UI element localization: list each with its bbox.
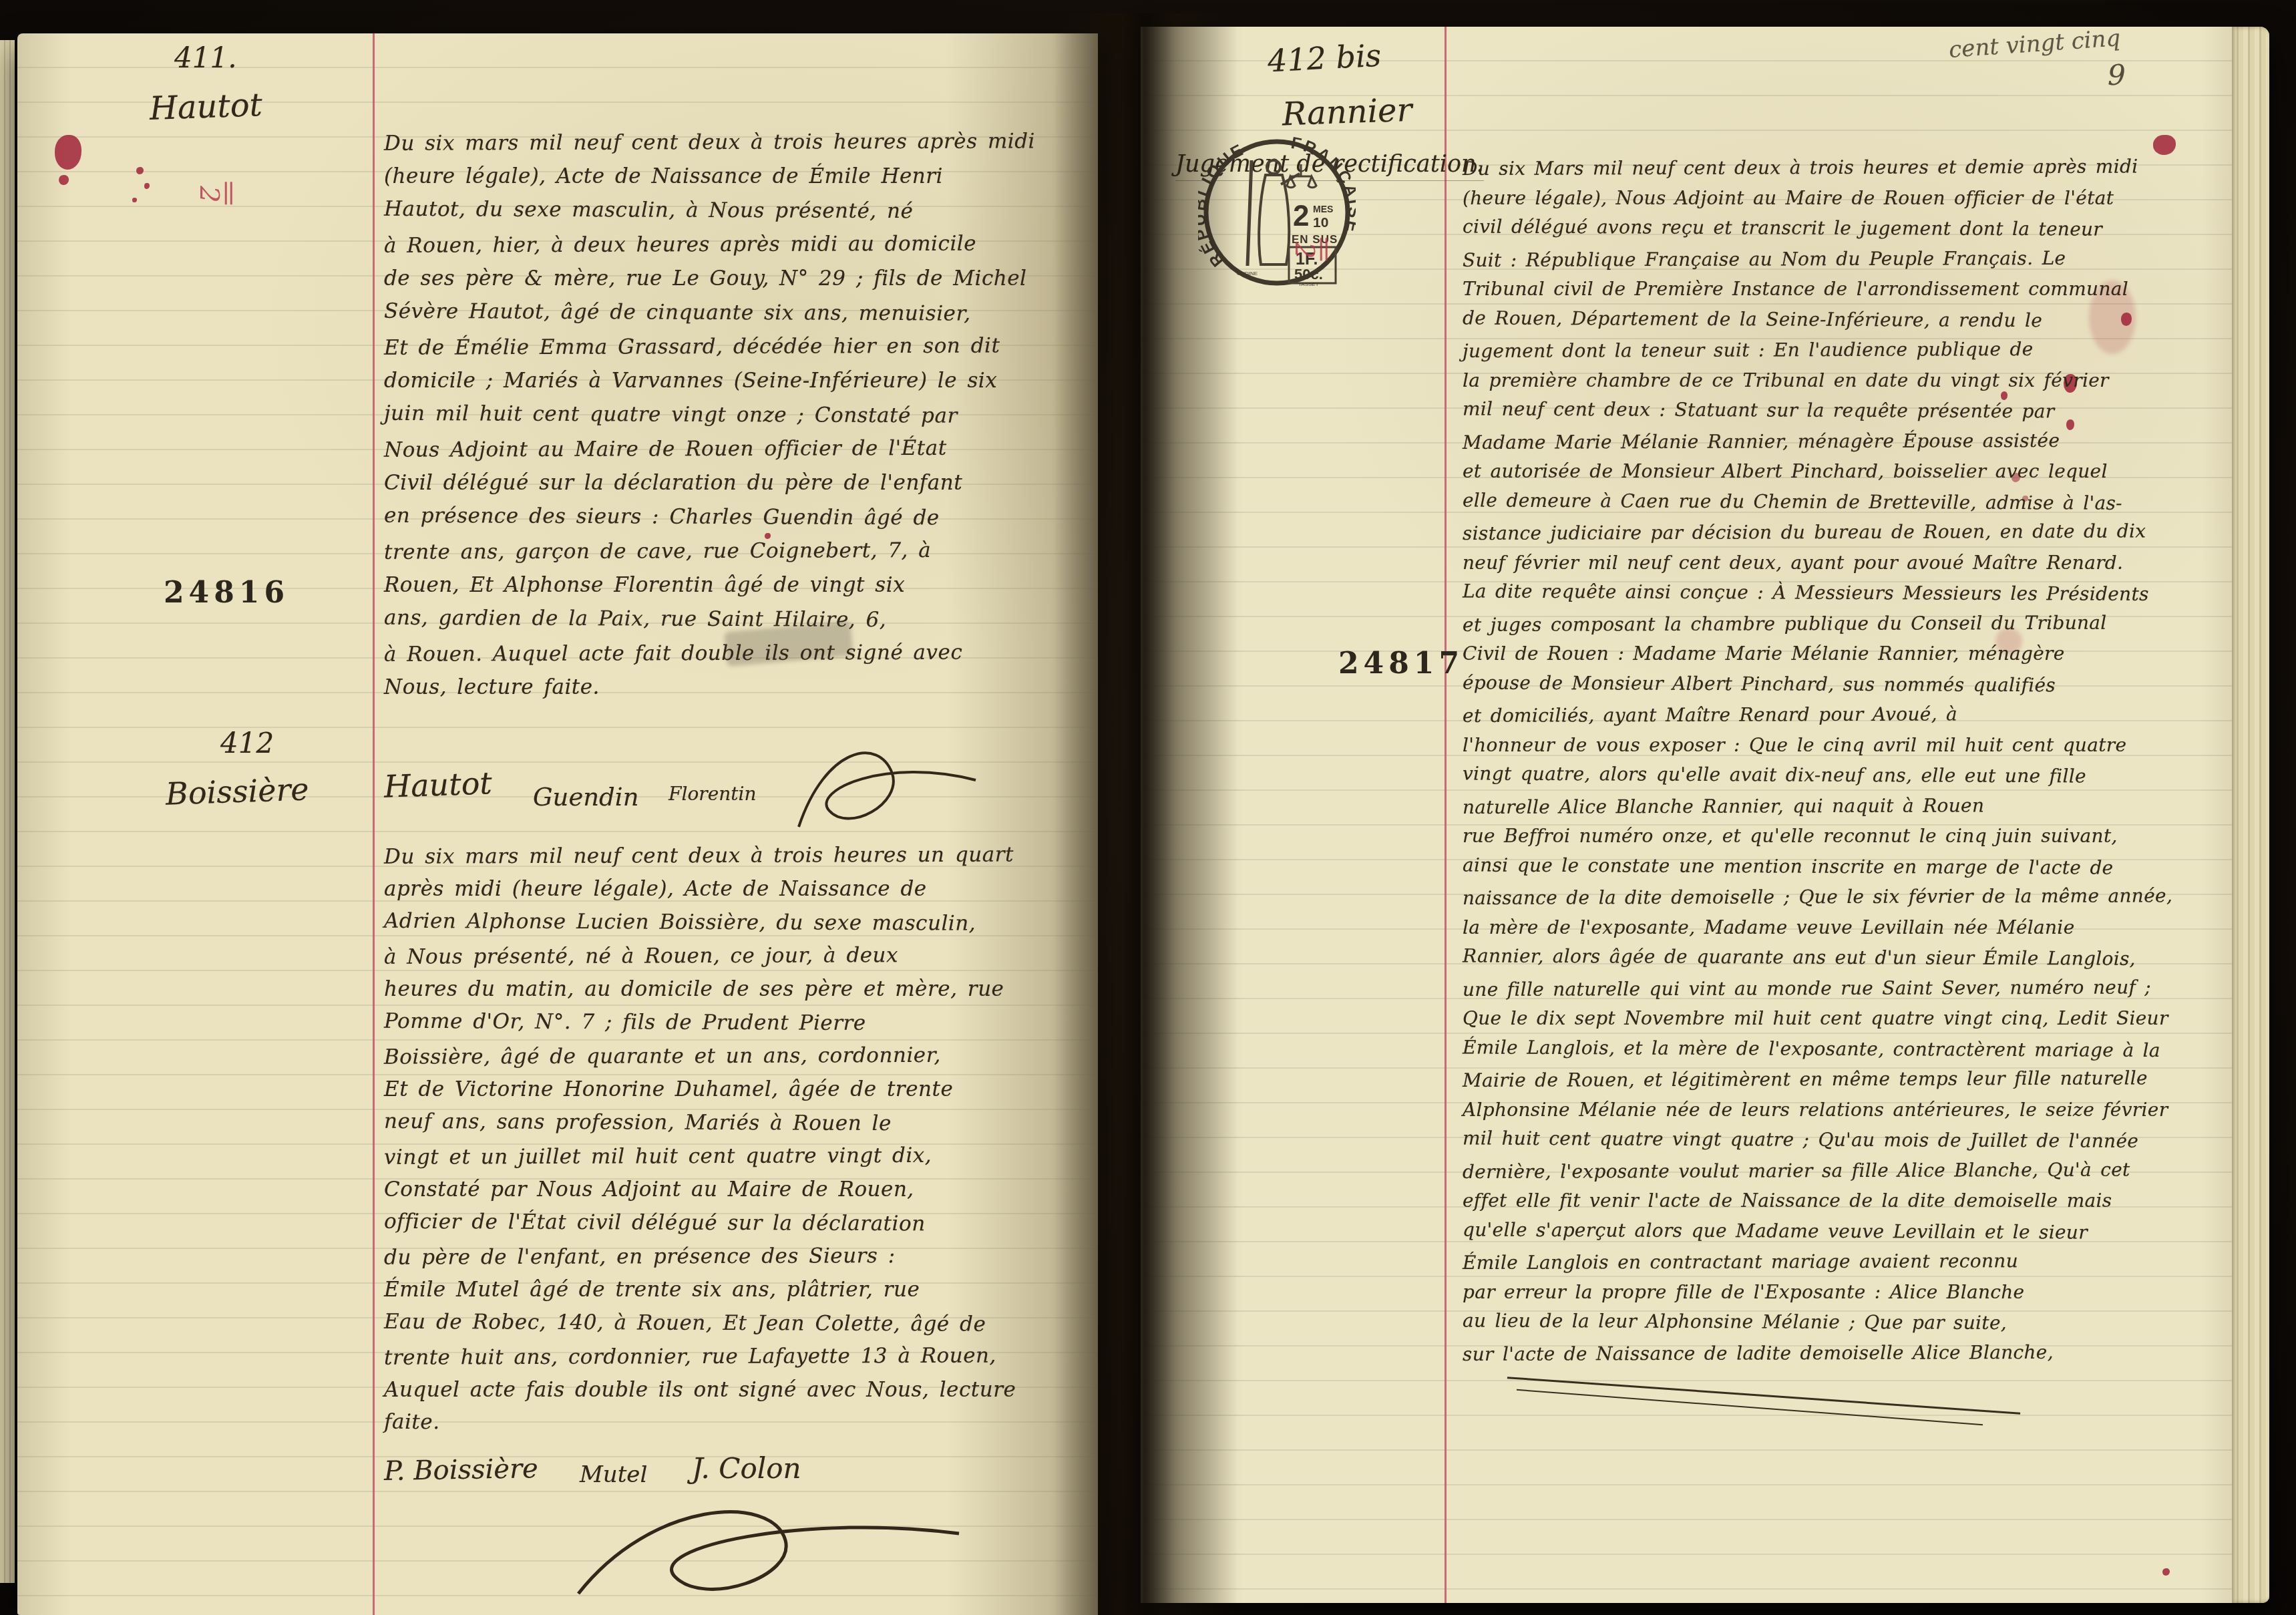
act-412-body: Du six mars mil neuf cent deux à trois h… — [384, 839, 1059, 1440]
manuscript-line: en présence des sieurs : Charles Guendin… — [384, 499, 1059, 536]
right-page: 412 bis Rannier Jugement de rectificatio… — [1141, 27, 2269, 1603]
left-page: 411. Hautot 2 24816 Du six mars mil neuf… — [17, 33, 1098, 1615]
red-verification-mark: 2 — [194, 186, 224, 202]
svg-text:RÉPUBLIQUE: RÉPUBLIQUE — [1198, 140, 1248, 271]
manuscript-line: sur l'acte de Naissance de ladite demois… — [1463, 1336, 2244, 1369]
act-margin-name: Hautot — [149, 86, 263, 128]
manuscript-line: de ses père & mère, rue Le Gouy, N° 29 ;… — [384, 262, 1059, 296]
manuscript-line: Eau de Robec, 140, à Rouen, Et Jean Cole… — [384, 1305, 1059, 1341]
manuscript-line: après midi (heure légale), Acte de Naiss… — [384, 872, 1059, 906]
manuscript-line: neuf février mil neuf cent deux, ayant p… — [1463, 548, 2244, 578]
manuscript-line: vingt quatre, alors qu'elle avait dix-ne… — [1463, 758, 2244, 792]
ink-blot — [136, 167, 144, 174]
act-411-body: Du six mars mil neuf cent deux à trois h… — [384, 126, 1059, 705]
manuscript-line: Constaté par Nous Adjoint au Maire de Ro… — [384, 1173, 1059, 1206]
manuscript-line: Émile Langlois en contractant mariage av… — [1463, 1245, 2244, 1278]
manuscript-line: Du six mars mil neuf cent deux à trois h… — [384, 838, 1059, 874]
manuscript-line: à Rouen, hier, à deux heures après midi … — [384, 226, 1059, 263]
manuscript-line: heures du matin, au domicile de ses père… — [384, 972, 1059, 1006]
manuscript-line: Tribunal civil de Première Instance de l… — [1463, 274, 2244, 305]
signature-colon: J. Colon — [692, 1452, 801, 1485]
act-header-name: Rannier — [1282, 92, 1412, 134]
signature-hautot: Hautot — [383, 765, 493, 805]
manuscript-line: mil huit cent quatre vingt quatre ; Qu'a… — [1463, 1123, 2244, 1157]
manuscript-line: Du six Mars mil neuf cent deux à trois h… — [1463, 151, 2244, 184]
red-verification-mark: 2 — [1289, 242, 1320, 258]
manuscript-line: Sévère Hautot, âgé de cinquante six ans,… — [384, 295, 1059, 331]
manuscript-line: Du six mars mil neuf cent deux à trois h… — [384, 124, 1059, 161]
manuscript-line: juin mil huit cent quatre vingt onze ; C… — [384, 397, 1059, 433]
manuscript-line: domicile ; Mariés à Varvannes (Seine-Inf… — [384, 364, 1059, 398]
act-header-number: 412 bis — [1267, 37, 1382, 79]
signature-paraph — [785, 733, 986, 847]
manuscript-line: ainsi que le constate une mention inscri… — [1463, 850, 2244, 884]
manuscript-line: Civil de Rouen : Madame Marie Mélanie Ra… — [1463, 639, 2244, 669]
manuscript-line: Mairie de Rouen, et légitimèrent en même… — [1463, 1063, 2244, 1096]
margin-rule-line — [1445, 27, 1447, 1603]
manuscript-line: du père de l'enfant, en présence des Sie… — [384, 1238, 1059, 1274]
justice-staff-icon — [1248, 160, 1252, 266]
svg-text:50c.: 50c. — [1294, 266, 1323, 283]
justice-head-icon — [1267, 160, 1280, 174]
margin-rule-line — [373, 33, 375, 1615]
civil-register-spread: 411. Hautot 2 24816 Du six mars mil neuf… — [0, 0, 2296, 1615]
justice-robe-icon — [1259, 175, 1289, 264]
manuscript-line: trente ans, garçon de cave, rue Coignebe… — [384, 533, 1059, 570]
revenue-stamp-icon: RÉPUBLIQUE FRANÇAISE 2 MES 10 EN SUS 1F.… — [1198, 132, 1356, 293]
manuscript-line: Auquel acte fais double ils ont signé av… — [384, 1373, 1059, 1407]
manuscript-line: Que le dix sept Novembre mil huit cent q… — [1463, 1003, 2244, 1034]
manuscript-line: neuf ans, sans profession, Mariés à Roue… — [384, 1105, 1059, 1141]
manuscript-line: ans, gardien de la Paix, rue Saint Hilai… — [384, 601, 1059, 638]
manuscript-line: Émile Mutel âgé de trente six ans, plâtr… — [384, 1273, 1059, 1306]
ink-blot — [144, 183, 150, 189]
svg-text:10: 10 — [1313, 215, 1328, 230]
ink-blot — [55, 135, 81, 170]
manuscript-line: qu'elle s'aperçut alors que Madame veuve… — [1463, 1214, 2244, 1248]
signature-florentin: Florentin — [668, 783, 756, 805]
page-number: 9 — [2108, 59, 2126, 92]
manuscript-line: de Rouen, Département de la Seine-Inféri… — [1463, 303, 2244, 337]
manuscript-line: l'honneur de vous exposer : Que le cinq … — [1463, 730, 2244, 761]
manuscript-line: Et de Émélie Emma Grassard, décédée hier… — [384, 329, 1059, 365]
manuscript-line: à Rouen. Auquel acte fait double ils ont… — [384, 635, 1059, 672]
jugement-body: Du six Mars mil neuf cent deux à trois h… — [1463, 152, 2244, 1368]
justice-scales-icon — [1287, 164, 1316, 188]
manuscript-line: vingt et un juillet mil huit cent quatre… — [384, 1138, 1059, 1174]
manuscript-line: mil neuf cent deux : Statuant sur la req… — [1463, 393, 2244, 427]
signature-boissiere: P. Boissière — [384, 1453, 539, 1487]
page-edge-stack-left — [0, 40, 15, 1583]
registry-number-stamp: 24817 — [1338, 647, 1464, 681]
manuscript-line: naturelle Alice Blanche Rannier, qui naq… — [1463, 789, 2244, 822]
manuscript-line: et juges composant la chambre publique d… — [1463, 606, 2244, 640]
manuscript-line: Adrien Alphonse Lucien Boissière, du sex… — [384, 904, 1059, 940]
manuscript-line: Hautot, du sexe masculin, à Nous présent… — [384, 192, 1059, 229]
ink-blot — [59, 175, 69, 185]
signature-mutel: Mutel — [580, 1461, 647, 1488]
manuscript-line: au lieu de la leur Alphonsine Mélanie ; … — [1463, 1305, 2244, 1339]
manuscript-line: Suit : République Française au Nom du Pe… — [1463, 242, 2244, 275]
manuscript-line: faite. — [384, 1405, 1059, 1441]
manuscript-line: Émile Langlois, et la mère de l'exposant… — [1463, 1032, 2244, 1066]
manuscript-line: une fille naturelle qui vint au monde ru… — [1463, 971, 2244, 1005]
manuscript-line: Civil délégué sur la déclaration du père… — [384, 466, 1059, 500]
manuscript-line: jugement dont la teneur suit : En l'audi… — [1463, 333, 2244, 367]
manuscript-line: Et de Victorine Honorine Duhamel, âgée d… — [384, 1073, 1059, 1106]
act-margin-number: 412 — [220, 727, 274, 759]
manuscript-line: trente huit ans, cordonnier, rue Lafayet… — [384, 1338, 1059, 1375]
manuscript-line: officier de l'État civil délégué sur la … — [384, 1205, 1059, 1241]
manuscript-line: Rouen, Et Alphonse Florentin âgé de ving… — [384, 568, 1059, 602]
ink-blot — [132, 198, 137, 202]
manuscript-line: La dite requête ainsi conçue : À Messieu… — [1463, 576, 2244, 610]
manuscript-line: la mère de l'exposante, Madame veuve Lev… — [1463, 912, 2244, 943]
svg-text:OUDINE: OUDINE — [1237, 271, 1258, 277]
manuscript-line: et autorisée de Monsieur Albert Pinchard… — [1463, 456, 2244, 487]
manuscript-line: (heure légale), Acte de Naissance de Émi… — [384, 160, 1059, 194]
manuscript-line: dernière, l'exposante voulut marier sa f… — [1463, 1153, 2244, 1187]
manuscript-line: elle demeure à Caen rue du Chemin de Bre… — [1463, 485, 2244, 519]
manuscript-line: Nous, lecture faite. — [384, 671, 1059, 705]
svg-text:MES: MES — [1313, 204, 1333, 214]
signature-guendin: Guendin — [533, 783, 638, 812]
manuscript-line: à Nous présenté, né à Rouen, ce jour, à … — [384, 938, 1059, 974]
manuscript-line: et domiciliés, ayant Maître Renard pour … — [1463, 698, 2244, 731]
act-margin-name: Boissière — [165, 771, 309, 812]
manuscript-line: Boissière, âgé de quarante et un ans, co… — [384, 1038, 1059, 1074]
registry-number-stamp: 24816 — [164, 576, 289, 610]
manuscript-line: (heure légale), Nous Adjoint au Maire de… — [1463, 183, 2244, 214]
manuscript-line: effet elle fit venir l'acte de Naissance… — [1463, 1186, 2244, 1216]
manuscript-line: Rannier, alors âgée de quarante ans eut … — [1463, 940, 2244, 974]
manuscript-line: Alphonsine Mélanie née de leurs relation… — [1463, 1095, 2244, 1125]
manuscript-line: Nous Adjoint au Maire de Rouen officier … — [384, 431, 1059, 468]
svg-text:TASSET: TASSET — [1298, 281, 1319, 287]
manuscript-line: épouse de Monsieur Albert Pinchard, sus … — [1463, 667, 2244, 701]
svg-text:2: 2 — [1293, 200, 1309, 232]
manuscript-line: sistance judiciaire par décision du bure… — [1463, 516, 2244, 549]
manuscript-line: Pomme d'Or, N°. 7 ; fils de Prudent Pier… — [384, 1005, 1059, 1041]
manuscript-line: civil délégué avons reçu et transcrit le… — [1463, 211, 2244, 245]
manuscript-line: la première chambre de ce Tribunal en da… — [1463, 365, 2244, 396]
signature-paraph — [552, 1493, 979, 1614]
manuscript-line: rue Beffroi numéro onze, et qu'elle reco… — [1463, 821, 2244, 852]
manuscript-line: naissance de la dite demoiselle ; Que le… — [1463, 880, 2244, 914]
act-margin-number: 411. — [174, 41, 237, 74]
manuscript-line: Madame Marie Mélanie Rannier, ménagère É… — [1463, 424, 2244, 458]
ink-blot — [2162, 1568, 2170, 1576]
manuscript-line: par erreur la propre fille de l'Exposant… — [1463, 1277, 2244, 1308]
folio-note: cent vingt cinq — [1948, 25, 2121, 63]
